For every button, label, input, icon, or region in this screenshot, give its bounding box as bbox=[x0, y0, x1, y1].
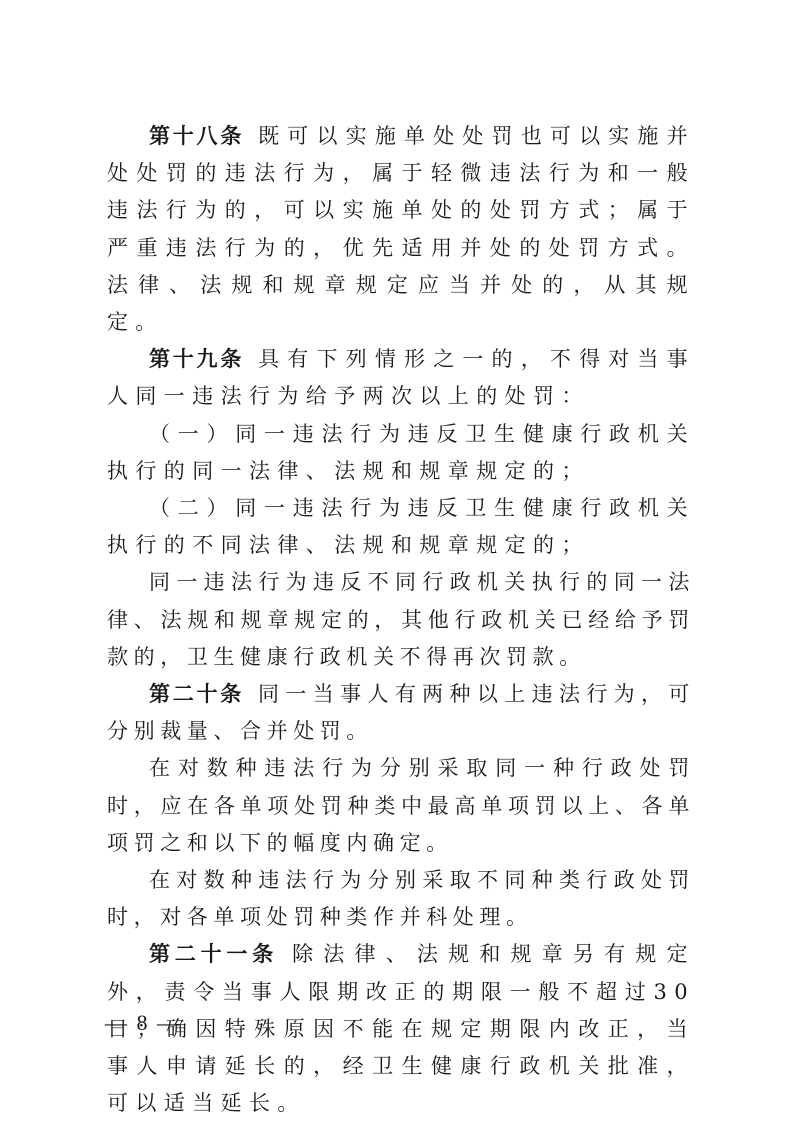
article-20: 第二十条同一当事人有两种以上违法行为，可分别裁量、合并处罚。 bbox=[107, 676, 695, 750]
article-19: 第十九条具有下列情形之一的，不得对当事人同一违法行为给予两次以上的处罚： bbox=[107, 341, 695, 415]
article-20-clause-1: 在对数种违法行为分别采取同一种行政处罚时，应在各单项处罚种类中最高单项罚以上、各… bbox=[107, 750, 695, 862]
article-text: 除法律、法规和规章另有规定外，责令当事人限期改正的期限一般不超过30日；确因特殊… bbox=[107, 942, 695, 1115]
article-text: 既可以实施单处处罚也可以实施并处处罚的违法行为，属于轻微违法行为和一般违法行为的… bbox=[107, 124, 695, 334]
article-19-item-2: （二）同一违法行为违反卫生健康行政机关执行的不同法律、法规和规章规定的； bbox=[107, 490, 695, 564]
article-heading: 第十八条 bbox=[149, 124, 244, 148]
article-21: 第二十一条除法律、法规和规章另有规定外，责令当事人限期改正的期限一般不超过30日… bbox=[107, 936, 695, 1122]
article-20-clause-2: 在对数种违法行为分别采取不同种类行政处罚时，对各单项处罚种类作并科处理。 bbox=[107, 862, 695, 936]
document-page: 第十八条既可以实施单处处罚也可以实施并处处罚的违法行为，属于轻微违法行为和一般违… bbox=[107, 118, 695, 1122]
article-heading: 第二十一条 bbox=[149, 942, 278, 966]
article-19-clause: 同一违法行为违反不同行政机关执行的同一法律、法规和规章规定的，其他行政机关已经给… bbox=[107, 564, 695, 676]
article-heading: 第十九条 bbox=[149, 347, 244, 371]
article-heading: 第二十条 bbox=[149, 682, 244, 706]
article-18: 第十八条既可以实施单处处罚也可以实施并处处罚的违法行为，属于轻微违法行为和一般违… bbox=[107, 118, 695, 341]
page-number: — 8 — bbox=[105, 1010, 181, 1036]
article-19-item-1: （一）同一违法行为违反卫生健康行政机关执行的同一法律、法规和规章规定的； bbox=[107, 416, 695, 490]
